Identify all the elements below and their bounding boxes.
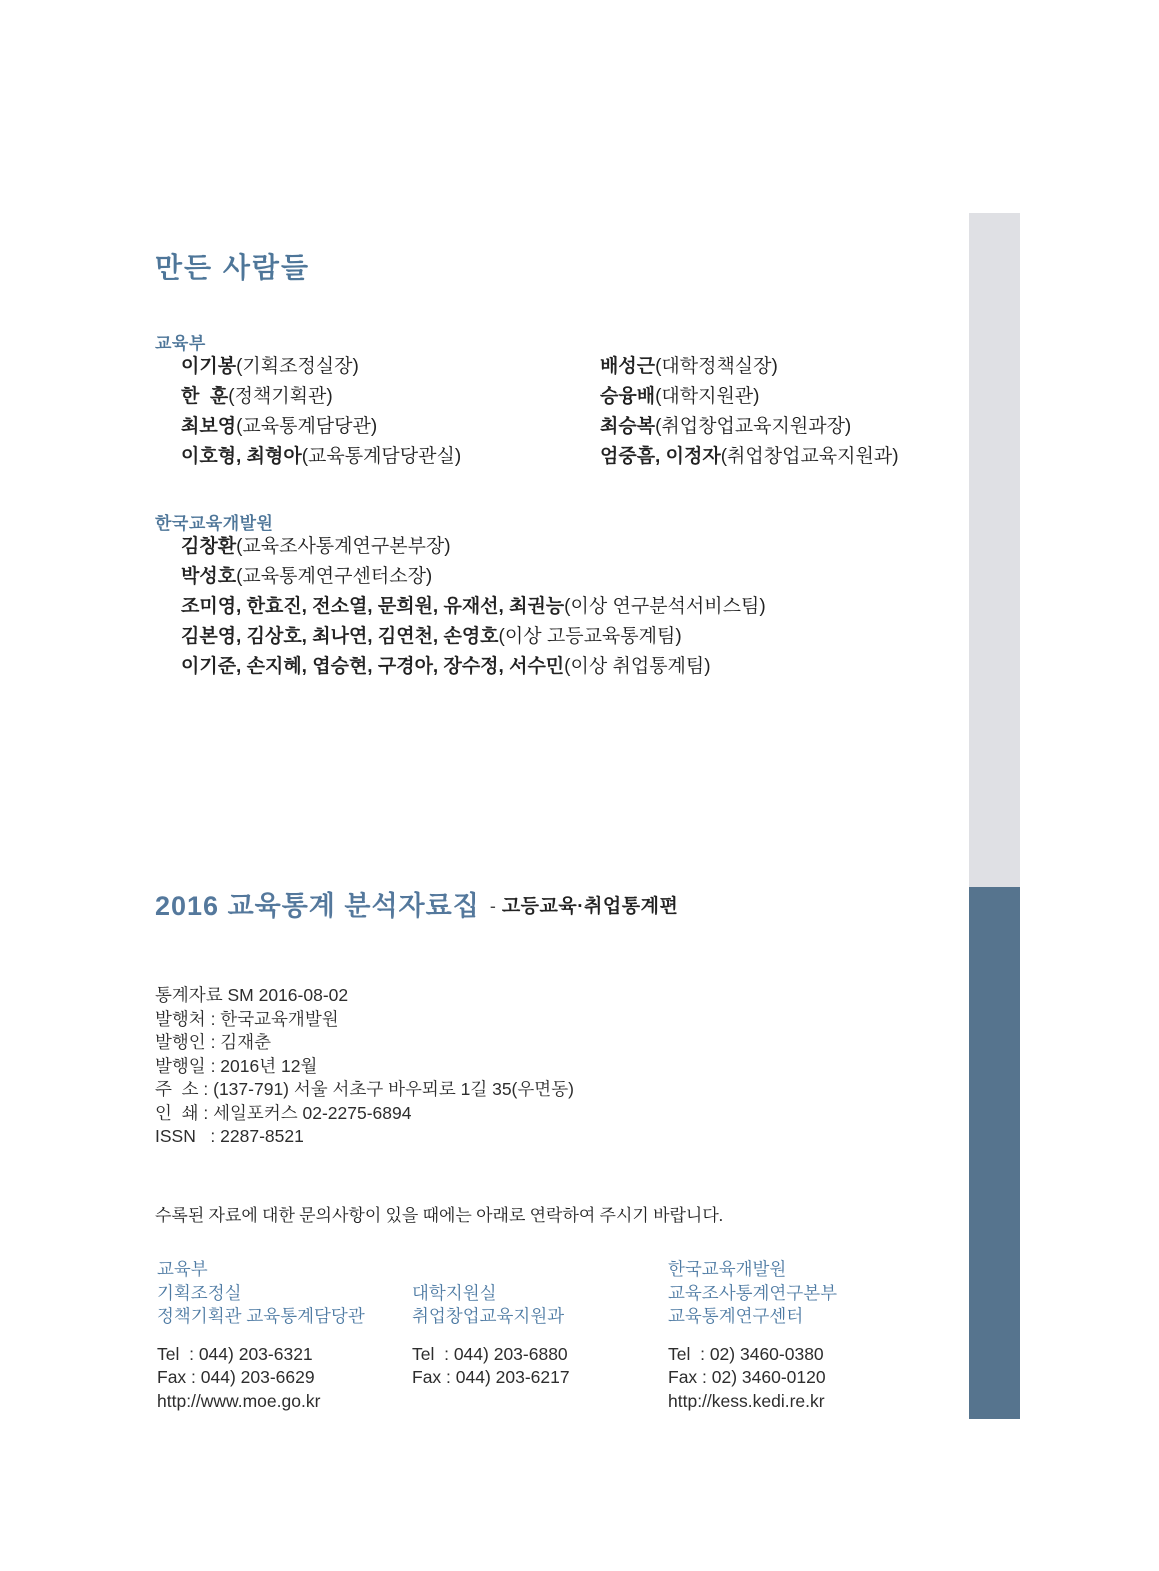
credit-role: (취업창업교육지원과장) (655, 416, 851, 437)
contact-fax: Fax : 044) 203-6217 (412, 1366, 570, 1390)
credit-role: (이상 연구분석서비스팀) (564, 596, 765, 617)
publication-line-stat-id: 통계자료 SM 2016-08-02 (155, 984, 574, 1008)
contact-org-line: 정책기획관 교육통계담당관 (157, 1305, 365, 1329)
contact-org-line: 기획조정실 (157, 1282, 365, 1306)
credits-moe-left-column: 이기봉(기획조정실장) 한 훈(정책기획관) 최보영(교육통계담당관) 이호형,… (181, 352, 461, 472)
contact-url[interactable]: http://kess.kedi.re.kr (668, 1390, 837, 1414)
contact-org-block: 대학지원실 취업창업교육지원과 (412, 1258, 570, 1329)
contact-tel: Tel : 044) 203-6321 (157, 1343, 365, 1367)
credit-names: 엄중흠, 이정자 (600, 446, 721, 467)
page-title: 만든 사람들 (155, 246, 310, 286)
credit-role: (대학정책실장) (655, 356, 778, 377)
credit-names: 이호형, 최형아 (181, 446, 302, 467)
credit-names: 이기준, 손지혜, 엽승현, 구경아, 장수정, 서수민 (181, 656, 564, 677)
credits-kedi-column: 김창환(교육조사통계연구본부장) 박성호(교육통계연구센터소장) 조미영, 한효… (181, 532, 766, 682)
credit-role: (교육조사통계연구본부장) (236, 536, 451, 557)
contact-fax: Fax : 044) 203-6629 (157, 1366, 365, 1390)
credit-entry: 이호형, 최형아(교육통계담당관실) (181, 442, 461, 472)
contact-org-line: 교육부 (157, 1258, 365, 1282)
credit-entry: 한 훈(정책기획관) (181, 382, 461, 412)
right-band-blue (969, 887, 1020, 1419)
credit-entry: 배성근(대학정책실장) (600, 352, 899, 382)
credit-role: (기획조정실장) (236, 356, 359, 377)
credit-names: 배성근 (600, 356, 655, 377)
contact-url[interactable]: http://www.moe.go.kr (157, 1390, 365, 1414)
contact-column-univ-support: 대학지원실 취업창업교육지원과 Tel : 044) 203-6880 Fax … (412, 1258, 570, 1390)
credit-entry: 박성호(교육통계연구센터소장) (181, 562, 766, 592)
book-title-main: 2016 교육통계 분석자료집 (155, 891, 480, 921)
colophon-page: 만든 사람들 교육부 이기봉(기획조정실장) 한 훈(정책기획관) 최보영(교육… (0, 0, 1159, 1571)
publication-info: 통계자료 SM 2016-08-02 발행처 : 한국교육개발원 발행인 : 김… (155, 984, 574, 1149)
credit-entry: 엄중흠, 이정자(취업창업교육지원과) (600, 442, 899, 472)
credit-names: 조미영, 한효진, 전소열, 문희원, 유재선, 최권능 (181, 596, 564, 617)
credit-names: 김창환 (181, 536, 236, 557)
credit-entry: 승융배(대학지원관) (600, 382, 899, 412)
credit-role: (이상 고등교육통계팀) (499, 626, 682, 647)
publication-line-printer: 인 쇄 : 세일포커스 02-2275-6894 (155, 1102, 574, 1126)
credit-role: (교육통계담당관실) (302, 446, 462, 467)
contact-notice: 수록된 자료에 대한 문의사항이 있을 때에는 아래로 연락하여 주시기 바랍니… (155, 1201, 723, 1226)
contact-info-block: Tel : 02) 3460-0380 Fax : 02) 3460-0120 … (668, 1343, 837, 1414)
contact-org-line: 교육통계연구센터 (668, 1305, 837, 1329)
credit-entry: 최보영(교육통계담당관) (181, 412, 461, 442)
credit-entry: 조미영, 한효진, 전소열, 문희원, 유재선, 최권능(이상 연구분석서비스팀… (181, 592, 766, 622)
contact-org-block: 교육부 기획조정실 정책기획관 교육통계담당관 (157, 1258, 365, 1329)
contact-fax: Fax : 02) 3460-0120 (668, 1366, 837, 1390)
contact-org-line: 한국교육개발원 (668, 1258, 837, 1282)
book-title-separator: - (490, 896, 496, 916)
credit-entry: 이기준, 손지혜, 엽승현, 구경아, 장수정, 서수민(이상 취업통계팀) (181, 652, 766, 682)
credit-entry: 김창환(교육조사통계연구본부장) (181, 532, 766, 562)
section-header-kedi: 한국교육개발원 (155, 509, 273, 534)
publication-line-issuer: 발행인 : 김재춘 (155, 1031, 574, 1055)
contact-column-moe: 교육부 기획조정실 정책기획관 교육통계담당관 Tel : 044) 203-6… (157, 1258, 365, 1413)
publication-line-issn: ISSN : 2287-8521 (155, 1125, 574, 1149)
publication-line-address: 주 소 : (137-791) 서울 서초구 바우뫼로 1길 35(우면동) (155, 1078, 574, 1102)
credit-names: 승융배 (600, 386, 655, 407)
contact-tel: Tel : 02) 3460-0380 (668, 1343, 837, 1367)
contact-info-block: Tel : 044) 203-6880 Fax : 044) 203-6217 (412, 1343, 570, 1390)
credit-names: 김본영, 김상호, 최나연, 김연천, 손영호 (181, 626, 499, 647)
credit-role: (교육통계담당관) (236, 416, 377, 437)
contact-column-kedi: 한국교육개발원 교육조사통계연구본부 교육통계연구센터 Tel : 02) 34… (668, 1258, 837, 1413)
contact-tel: Tel : 044) 203-6880 (412, 1343, 570, 1367)
contact-org-line: 취업창업교육지원과 (412, 1305, 570, 1329)
publication-line-publisher: 발행처 : 한국교육개발원 (155, 1008, 574, 1032)
book-title-subtitle: 고등교육·취업통계편 (502, 896, 679, 917)
contact-org-block: 한국교육개발원 교육조사통계연구본부 교육통계연구센터 (668, 1258, 837, 1329)
contact-info-block: Tel : 044) 203-6321 Fax : 044) 203-6629 … (157, 1343, 365, 1414)
contact-org-line: 대학지원실 (412, 1282, 570, 1306)
credit-role: (정책기획관) (228, 386, 332, 407)
credit-names: 박성호 (181, 566, 236, 587)
credit-names: 최승복 (600, 416, 655, 437)
credit-names: 이기봉 (181, 356, 236, 377)
credit-entry: 이기봉(기획조정실장) (181, 352, 461, 382)
publication-line-date: 발행일 : 2016년 12월 (155, 1055, 574, 1079)
credit-role: (교육통계연구센터소장) (236, 566, 432, 587)
credit-role: (이상 취업통계팀) (564, 656, 710, 677)
contact-org-line: 교육조사통계연구본부 (668, 1282, 837, 1306)
credit-entry: 김본영, 김상호, 최나연, 김연천, 손영호(이상 고등교육통계팀) (181, 622, 766, 652)
credit-names: 한 훈 (181, 386, 228, 407)
credits-moe-right-column: 배성근(대학정책실장) 승융배(대학지원관) 최승복(취업창업교육지원과장) 엄… (600, 352, 899, 472)
credit-entry: 최승복(취업창업교육지원과장) (600, 412, 899, 442)
credit-role: (취업창업교육지원과) (721, 446, 899, 467)
right-band-gray (969, 213, 1020, 887)
book-title: 2016 교육통계 분석자료집-고등교육·취업통계편 (155, 884, 678, 923)
credit-names: 최보영 (181, 416, 236, 437)
credit-role: (대학지원관) (655, 386, 759, 407)
section-header-moe: 교육부 (155, 329, 206, 354)
